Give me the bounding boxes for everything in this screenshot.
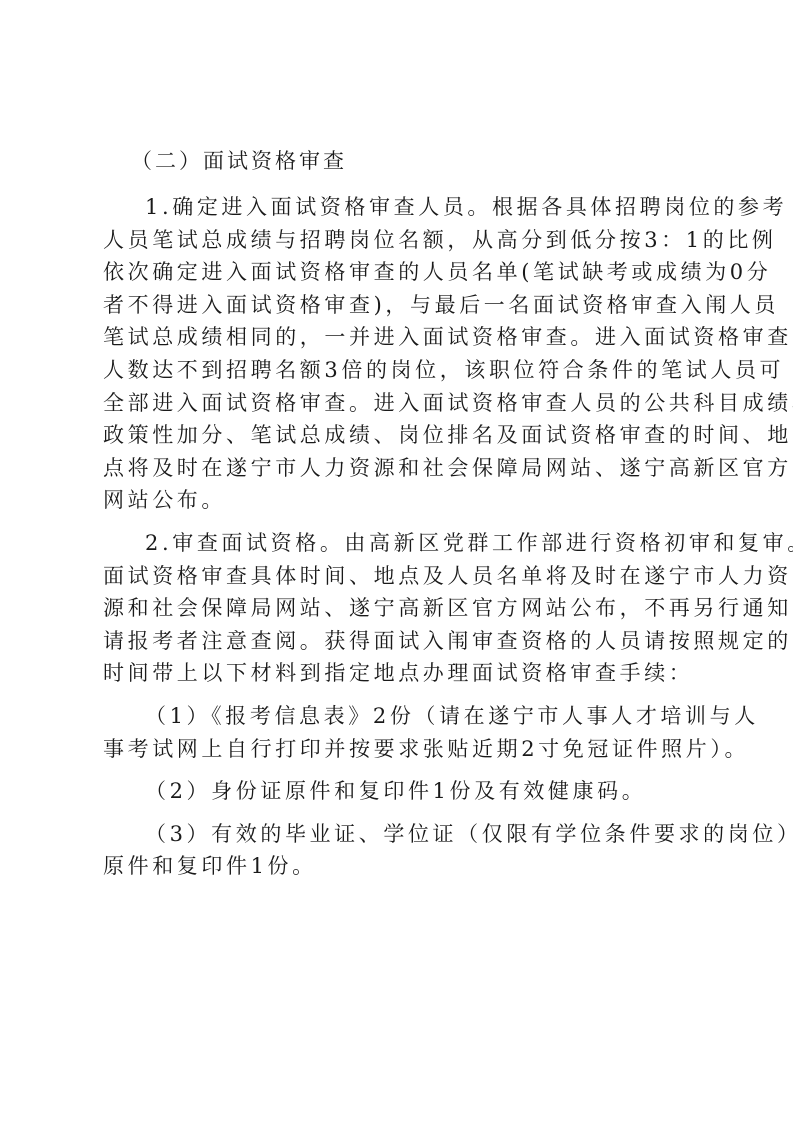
text-line: 事考试网上自行打印并按要求张贴近期2寸免冠证件照片）。 bbox=[103, 733, 701, 766]
text-line: 依次确定进入面试资格审查的人员名单(笔试缺考或成绩为0分 bbox=[103, 256, 701, 289]
text-line: 人数达不到招聘名额3倍的岗位，该职位符合条件的笔试人员可 bbox=[103, 354, 701, 387]
text-line: 网站公布。 bbox=[103, 484, 701, 517]
document-page: （二）面试资格审查 1.确定进入面试资格审查人员。根据各具体招聘岗位的参考 人员… bbox=[103, 145, 701, 883]
text-line: 者不得进入面试资格审查)，与最后一名面试资格审查入闱人员 bbox=[103, 289, 701, 322]
text-line: 笔试总成绩相同的，一并进入面试资格审查。进入面试资格审查 bbox=[103, 321, 701, 354]
text-line: 全部进入面试资格审查。进入面试资格审查人员的公共科目成绩、 bbox=[103, 387, 701, 420]
text-line: 点将及时在遂宁市人力资源和社会保障局网站、遂宁高新区官方 bbox=[103, 452, 701, 485]
section-heading: （二）面试资格审查 bbox=[103, 145, 701, 177]
list-item-registration-form: （1）《报考信息表》2份（请在遂宁市人事人才培训与人 事考试网上自行打印并按要求… bbox=[103, 700, 701, 765]
text-line: （2）身份证原件和复印件1份及有效健康码。 bbox=[103, 775, 701, 808]
text-line: 时间带上以下材料到指定地点办理面试资格审查手续： bbox=[103, 657, 701, 690]
text-line: 源和社会保障局网站、遂宁高新区官方网站公布，不再另行通知， bbox=[103, 592, 701, 625]
text-line: （1）《报考信息表》2份（请在遂宁市人事人才培训与人 bbox=[103, 700, 701, 733]
paragraph-qualification-review: 2.审查面试资格。由高新区党群工作部进行资格初审和复审。 面试资格审查具体时间、… bbox=[103, 527, 701, 690]
paragraph-interview-candidates: 1.确定进入面试资格审查人员。根据各具体招聘岗位的参考 人员笔试总成绩与招聘岗位… bbox=[103, 191, 701, 517]
text-line: 面试资格审查具体时间、地点及人员名单将及时在遂宁市人力资 bbox=[103, 560, 701, 593]
text-line: （3）有效的毕业证、学位证（仅限有学位条件要求的岗位） bbox=[103, 818, 701, 851]
text-line: 2.审查面试资格。由高新区党群工作部进行资格初审和复审。 bbox=[103, 527, 701, 560]
text-line: 原件和复印件1份。 bbox=[103, 850, 701, 883]
text-line: 政策性加分、笔试总成绩、岗位排名及面试资格审查的时间、地 bbox=[103, 419, 701, 452]
text-line: 人员笔试总成绩与招聘岗位名额，从高分到低分按3：1的比例 bbox=[103, 224, 701, 257]
list-item-id-card: （2）身份证原件和复印件1份及有效健康码。 bbox=[103, 775, 701, 808]
text-line: 请报考者注意查阅。获得面试入闱审查资格的人员请按照规定的 bbox=[103, 625, 701, 658]
list-item-diploma: （3）有效的毕业证、学位证（仅限有学位条件要求的岗位） 原件和复印件1份。 bbox=[103, 818, 701, 883]
text-line: 1.确定进入面试资格审查人员。根据各具体招聘岗位的参考 bbox=[103, 191, 701, 224]
